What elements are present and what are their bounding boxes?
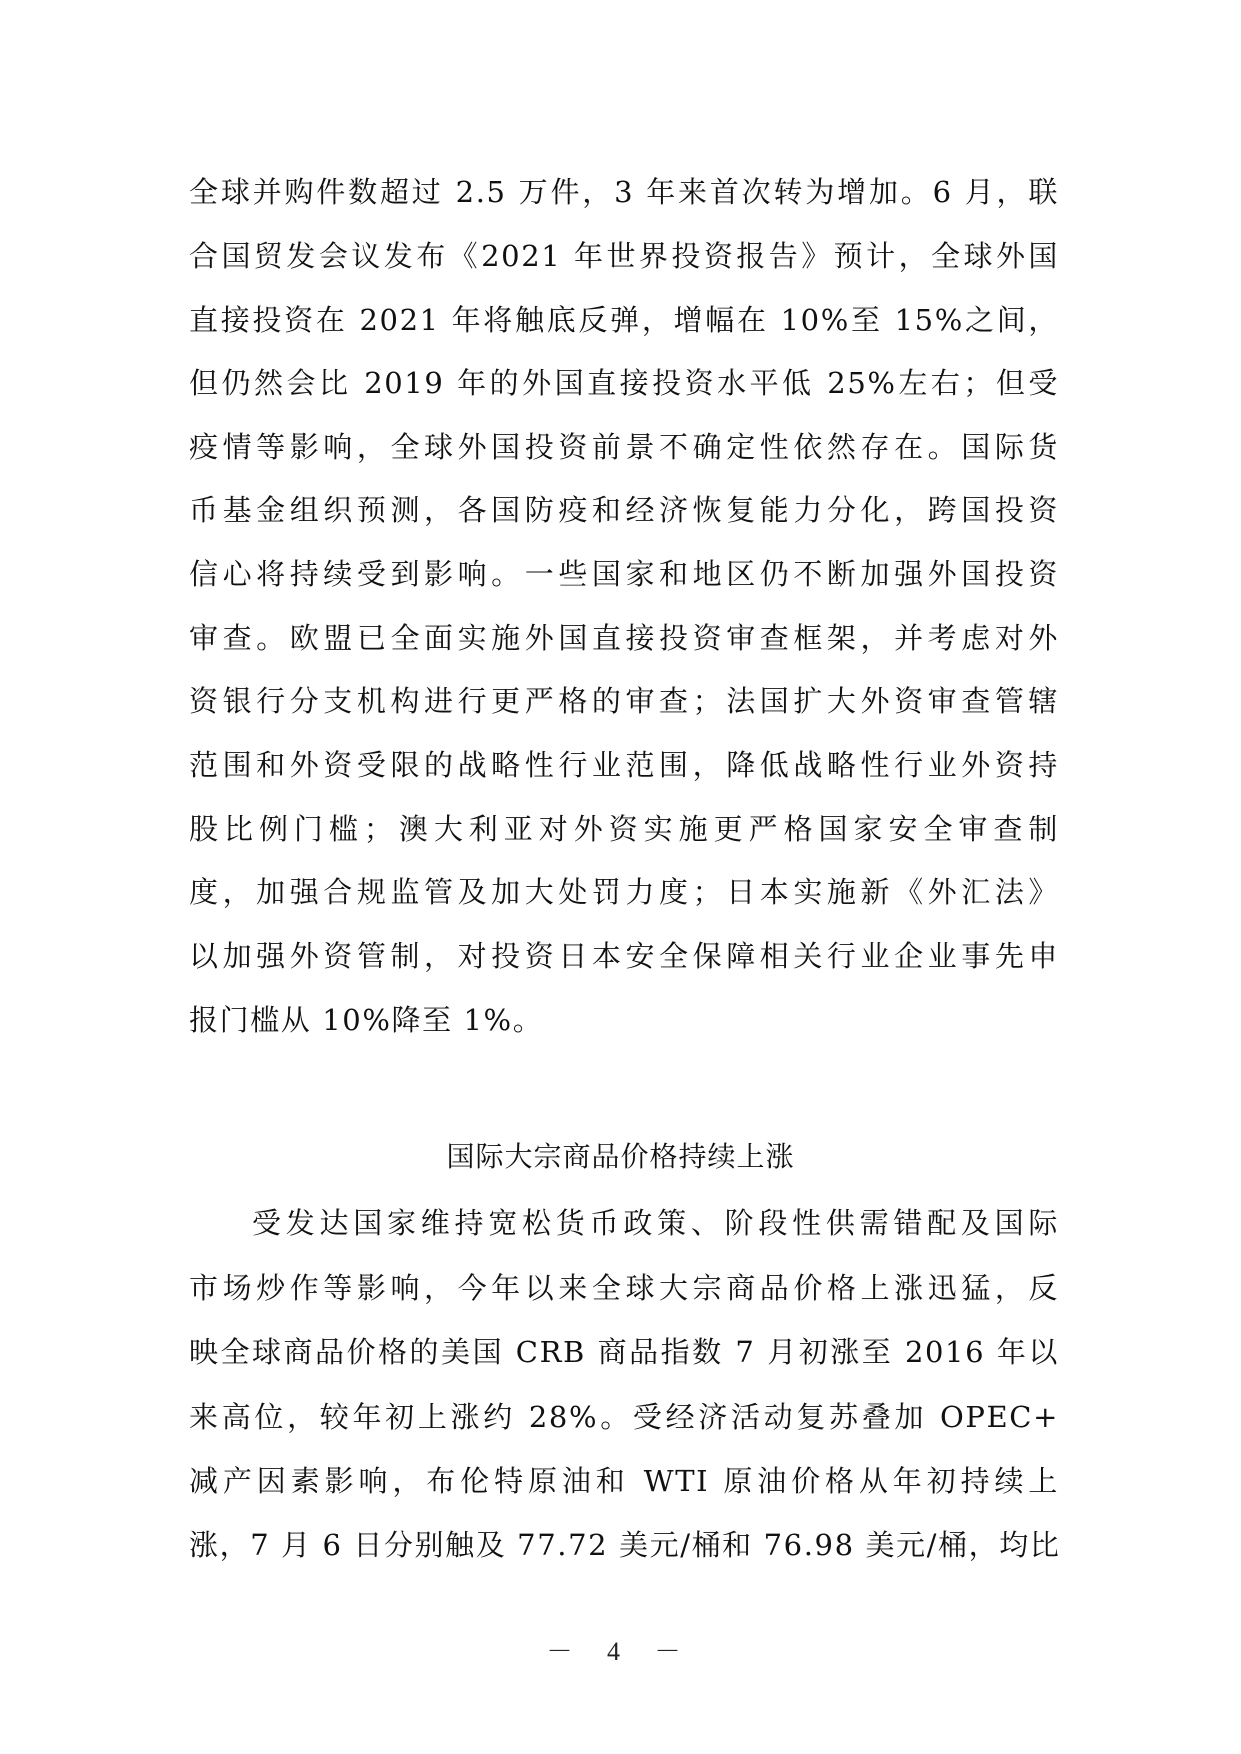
paragraph-line: 减产因素影响，布伦特原油和 WTI 原油价格从年初持续上 — [189, 1461, 1059, 1501]
paragraph-line: 来高位，较年初上涨约 28%。受经济活动复苏叠加 OPEC+ — [189, 1397, 1059, 1437]
paragraph-line: 度，加强合规监管及加大处罚力度；日本实施新《外汇法》 — [189, 872, 1059, 912]
paragraph-line: 市场炒作等影响，今年以来全球大宗商品价格上涨迅猛，反 — [189, 1268, 1059, 1308]
paragraph-line: 但仍然会比 2019 年的外国直接投资水平低 25%左右；但受 — [189, 363, 1059, 403]
paragraph-line: 股比例门槛；澳大利亚对外资实施更严格国家安全审查制 — [189, 809, 1059, 849]
paragraph-line: 审查。欧盟已全面实施外国直接投资审查框架，并考虑对外 — [189, 618, 1059, 658]
paragraph-line: 直接投资在 2021 年将触底反弹，增幅在 10%至 15%之间， — [189, 300, 1059, 340]
paragraph-line: 信心将持续受到影响。一些国家和地区仍不断加强外国投资 — [189, 554, 1059, 594]
paragraph-line: 全球并购件数超过 2.5 万件，3 年来首次转为增加。6 月，联 — [189, 172, 1059, 212]
paragraph-line: 合国贸发会议发布《2021 年世界投资报告》预计，全球外国 — [189, 236, 1059, 276]
paragraph-line: 映全球商品价格的美国 CRB 商品指数 7 月初涨至 2016 年以 — [189, 1332, 1059, 1372]
paragraph-line: 疫情等影响，全球外国投资前景不确定性依然存在。国际货 — [189, 427, 1059, 467]
paragraph-line: 涨，7 月 6 日分别触及 77.72 美元/桶和 76.98 美元/桶，均比 — [189, 1525, 1059, 1565]
paragraph-line: 币基金组织预测，各国防疫和经济恢复能力分化，跨国投资 — [189, 490, 1059, 530]
paragraph-line: 报门槛从 10%降至 1%。 — [189, 1000, 1059, 1040]
document-page: 全球并购件数超过 2.5 万件，3 年来首次转为增加。6 月，联 合国贸发会议发… — [0, 0, 1241, 1754]
section-heading: 国际大宗商品价格持续上涨 — [0, 1137, 1241, 1177]
paragraph-line: 资银行分支机构进行更严格的审查；法国扩大外资审查管辖 — [189, 681, 1059, 721]
paragraph-line: 范围和外资受限的战略性行业范围，降低战略性行业外资持 — [189, 745, 1059, 785]
page-number: － 4 － — [0, 1637, 1241, 1667]
paragraph-line: 受发达国家维持宽松货币政策、阶段性供需错配及国际 — [252, 1203, 1059, 1243]
paragraph-line: 以加强外资管制，对投资日本安全保障相关行业企业事先申 — [189, 936, 1059, 976]
